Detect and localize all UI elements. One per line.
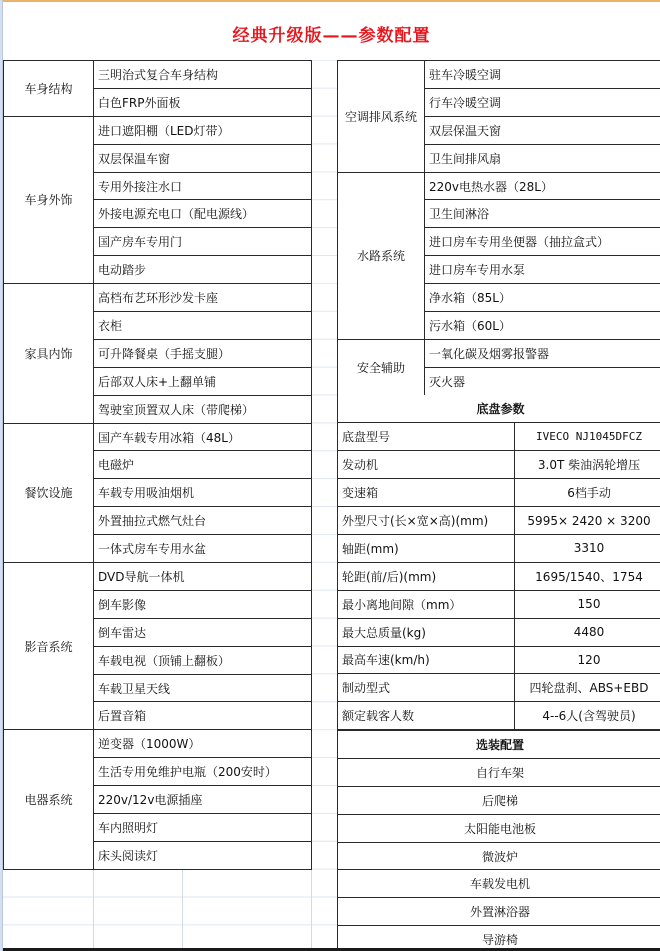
item-cell[interactable]: 驻车冷暖空调 [425,61,660,89]
chassis-table: 底盘参数 底盘型号IVECO NJ1045DFCZ 发动机3.0T 柴油涡轮增压… [337,395,660,730]
item-cell[interactable]: 生活专用免维护电瓶（200安时） [94,758,312,786]
table-row: 变速箱6档手动 [338,479,660,507]
table-row: 空调排风系统 驻车冷暖空调 [338,61,660,89]
category-cell[interactable]: 水路系统 [338,172,425,339]
spec-value[interactable]: 四轮盘刹、ABS+EBD [515,674,660,702]
item-cell[interactable]: 国产车载专用冰箱（48L） [94,423,312,451]
item-cell[interactable]: 220v电热水器（28L） [425,172,660,200]
item-cell[interactable]: 可升降餐桌（手摇支腿） [94,339,312,367]
table-row: 轴距(mm)3310 [338,534,660,562]
table-row: 外型尺寸(长×宽×高)(mm)5995× 2420 × 3200 [338,507,660,535]
option-item[interactable]: 外置淋浴器 [338,898,660,926]
item-cell[interactable]: 衣柜 [94,312,312,340]
table-row: 餐饮设施 国产车载专用冰箱（48L） [4,423,312,451]
table-row: 发动机3.0T 柴油涡轮增压 [338,451,660,479]
spec-value[interactable]: 150 [515,590,660,618]
item-cell[interactable]: 双层保温天窗 [425,116,660,144]
spec-label[interactable]: 最高车速(km/h) [338,646,515,674]
grid-column-line [182,865,183,949]
spec-label[interactable]: 轴距(mm) [338,534,515,562]
table-row: 最小离地间隙（mm）150 [338,590,660,618]
item-cell[interactable]: 外置抽拉式燃气灶台 [94,507,312,535]
item-cell[interactable]: 220v/12v电源插座 [94,786,312,814]
spec-value[interactable]: 6档手动 [515,479,660,507]
spec-value[interactable]: 5995× 2420 × 3200 [515,507,660,535]
item-cell[interactable]: 污水箱（60L） [425,312,660,340]
options-header[interactable]: 选装配置 [338,731,660,759]
category-cell[interactable]: 车身结构 [4,61,94,117]
spec-label[interactable]: 底盘型号 [338,423,515,451]
table-row: 太阳能电池板 [338,814,660,842]
item-cell[interactable]: 电磁炉 [94,451,312,479]
option-item[interactable]: 车载发电机 [338,870,660,898]
table-row: 影音系统 DVD导航一体机 [4,563,312,591]
item-cell[interactable]: 双层保温车窗 [94,144,312,172]
item-cell[interactable]: 进口房车专用水泵 [425,256,660,284]
item-cell[interactable]: 车载专用吸油烟机 [94,479,312,507]
item-cell[interactable]: 净水箱（85L） [425,284,660,312]
table-row: 最高车速(km/h)120 [338,646,660,674]
item-cell[interactable]: 高档布艺环形沙发卡座 [94,284,312,312]
table-row: 安全辅助 一氧化碳及烟雾报警器 [338,339,660,367]
item-cell[interactable]: 行车冷暖空调 [425,88,660,116]
item-cell[interactable]: 倒车影像 [94,590,312,618]
item-cell[interactable]: 车载卫星天线 [94,674,312,702]
spec-label[interactable]: 变速箱 [338,479,515,507]
category-cell[interactable]: 影音系统 [4,563,94,730]
item-cell[interactable]: 三明治式复合车身结构 [94,61,312,89]
item-cell[interactable]: 后部双人床+上翻单铺 [94,367,312,395]
table-row: 底盘型号IVECO NJ1045DFCZ [338,423,660,451]
spec-value[interactable]: 4480 [515,618,660,646]
item-cell[interactable]: 后置音箱 [94,702,312,730]
grid-column-line [311,865,312,949]
config-table-right: 空调排风系统 驻车冷暖空调 行车冷暖空调 双层保温天窗 卫生间排风扇 水路系统 … [337,60,660,396]
table-row: 车身外饰 进口遮阳棚（LED灯带） [4,116,312,144]
option-item[interactable]: 自行车架 [338,758,660,786]
category-cell[interactable]: 家具内饰 [4,284,94,423]
category-cell[interactable]: 餐饮设施 [4,423,94,562]
item-cell[interactable]: 卫生间排风扇 [425,144,660,172]
table-row: 水路系统 220v电热水器（28L） [338,172,660,200]
item-cell[interactable]: 外接电源充电口（配电源线） [94,200,312,228]
table-row: 微波炉 [338,842,660,870]
table-row: 制动型式四轮盘刹、ABS+EBD [338,674,660,702]
table-row: 车载发电机 [338,870,660,898]
item-cell[interactable]: 进口房车专用坐便器（抽拉盒式） [425,228,660,256]
table-row: 最大总质量(kg)4480 [338,618,660,646]
spec-label[interactable]: 最小离地间隙（mm） [338,590,515,618]
option-item[interactable]: 微波炉 [338,842,660,870]
table-row: 车身结构 三明治式复合车身结构 [4,61,312,89]
table-row: 外置淋浴器 [338,898,660,926]
spec-label[interactable]: 最大总质量(kg) [338,618,515,646]
item-cell[interactable]: 白色FRP外面板 [94,88,312,116]
spec-value[interactable]: 4--6人(含驾驶员) [515,702,660,730]
spec-value[interactable]: 120 [515,646,660,674]
option-item[interactable]: 后爬梯 [338,786,660,814]
item-cell[interactable]: 车载电视（顶铺上翻板） [94,646,312,674]
item-cell[interactable]: 车内照明灯 [94,814,312,842]
spec-label[interactable]: 轮距(前/后)(mm) [338,562,515,590]
config-table-left: 车身结构 三明治式复合车身结构 白色FRP外面板 车身外饰 进口遮阳棚（LED灯… [3,60,312,870]
item-cell[interactable]: 灭火器 [425,367,660,395]
spec-label[interactable]: 发动机 [338,451,515,479]
spec-label[interactable]: 额定载客人数 [338,702,515,730]
item-cell[interactable]: 逆变器（1000W） [94,730,312,758]
page-title: 经典升级版——参数配置 [233,21,431,46]
item-cell[interactable]: 卫生间淋浴 [425,200,660,228]
category-cell[interactable]: 车身外饰 [4,116,94,283]
table-row: 家具内饰 高档布艺环形沙发卡座 [4,284,312,312]
table-header-row: 选装配置 [338,731,660,759]
item-cell[interactable]: 床头阅读灯 [94,841,312,869]
spec-value[interactable]: 3310 [515,534,660,562]
spec-label[interactable]: 外型尺寸(长×宽×高)(mm) [338,507,515,535]
item-cell[interactable]: 一氧化碳及烟雾报警器 [425,339,660,367]
item-cell[interactable]: 专用外接注水口 [94,172,312,200]
table-row: 自行车架 [338,758,660,786]
spec-label[interactable]: 制动型式 [338,674,515,702]
category-cell[interactable]: 安全辅助 [338,339,425,395]
options-table: 选装配置 自行车架 后爬梯 太阳能电池板 微波炉 车载发电机 外置淋浴器 导游椅 [337,730,660,951]
item-cell[interactable]: 驾驶室顶置双人床（带爬梯） [94,395,312,423]
spec-value[interactable]: 1695/1540、1754 [515,562,660,590]
item-cell[interactable]: DVD导航一体机 [94,563,312,591]
table-header-row: 底盘参数 [338,395,660,423]
title-cell[interactable]: 经典升级版——参数配置 [3,2,660,60]
table-row: 轮距(前/后)(mm)1695/1540、1754 [338,562,660,590]
item-cell[interactable]: 倒车雷达 [94,618,312,646]
spec-value[interactable]: IVECO NJ1045DFCZ [515,423,660,451]
chassis-header[interactable]: 底盘参数 [338,395,660,423]
category-cell[interactable]: 电器系统 [4,730,94,869]
spec-value[interactable]: 3.0T 柴油涡轮增压 [515,451,660,479]
option-item[interactable]: 太阳能电池板 [338,814,660,842]
item-cell[interactable]: 一体式房车专用水盆 [94,535,312,563]
grid-column-line [93,865,94,949]
item-cell[interactable]: 电动踏步 [94,256,312,284]
table-row: 电器系统 逆变器（1000W） [4,730,312,758]
category-cell[interactable]: 空调排风系统 [338,61,425,173]
table-row: 后爬梯 [338,786,660,814]
item-cell[interactable]: 进口遮阳棚（LED灯带） [94,116,312,144]
item-cell[interactable]: 国产房车专用门 [94,228,312,256]
table-row: 额定载客人数4--6人(含驾驶员) [338,702,660,730]
